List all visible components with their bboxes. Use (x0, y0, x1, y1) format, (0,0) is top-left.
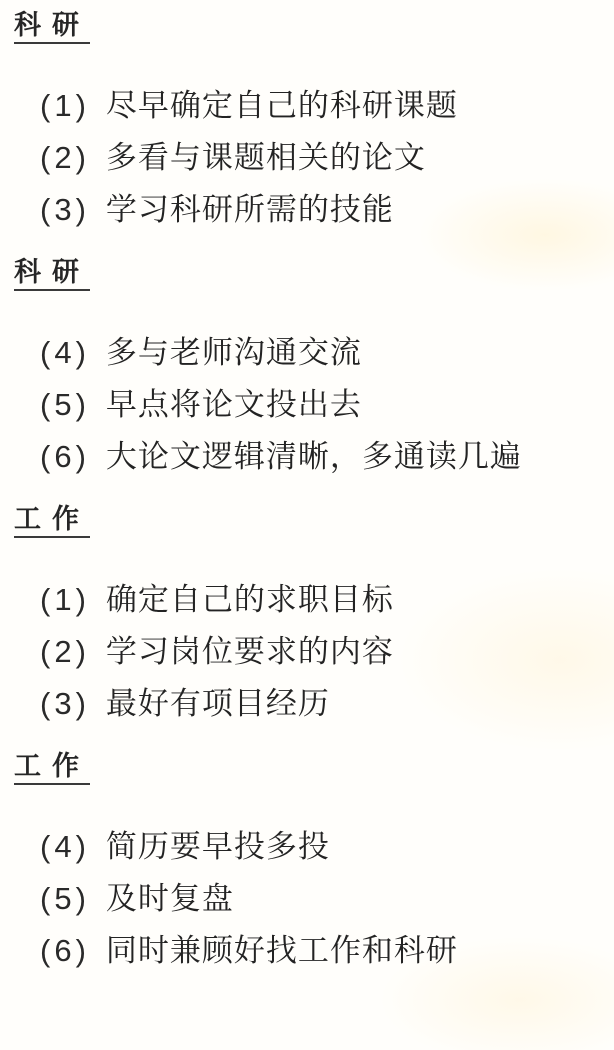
item-list: (4) 多与老师沟通交流 (5) 早点将论文投出去 (6) 大论文逻辑清晰，多通… (14, 337, 598, 472)
item-list: (4) 简历要早投多投 (5) 及时复盘 (6) 同时兼顾好找工作和科研 (14, 831, 598, 966)
item-text: 及时复盘 (106, 883, 234, 914)
list-item: (1) 确定自己的求职目标 (40, 584, 598, 615)
list-item: (3) 学习科研所需的技能 (40, 194, 598, 225)
item-list: (1) 尽早确定自己的科研课题 (2) 多看与课题相关的论文 (3) 学习科研所… (14, 90, 598, 225)
list-item: (4) 多与老师沟通交流 (40, 337, 598, 368)
section-work-2: 工作 (4) 简历要早投多投 (5) 及时复盘 (6) 同时兼顾好找工作和科研 (14, 749, 598, 966)
item-text: 早点将论文投出去 (106, 389, 362, 420)
section-heading: 科研 (14, 255, 90, 291)
item-number: (5) (40, 389, 90, 420)
section-heading: 工作 (14, 749, 90, 785)
item-text: 多看与课题相关的论文 (106, 142, 426, 173)
item-text: 最好有项目经历 (106, 688, 330, 719)
item-number: (5) (40, 883, 90, 914)
item-text: 尽早确定自己的科研课题 (106, 90, 458, 121)
list-item: (6) 大论文逻辑清晰，多通读几遍 (40, 441, 598, 472)
item-number: (2) (40, 636, 90, 667)
list-item: (5) 及时复盘 (40, 883, 598, 914)
list-item: (2) 学习岗位要求的内容 (40, 636, 598, 667)
list-item: (5) 早点将论文投出去 (40, 389, 598, 420)
list-item: (4) 简历要早投多投 (40, 831, 598, 862)
section-research-1: 科研 (1) 尽早确定自己的科研课题 (2) 多看与课题相关的论文 (3) 学习… (14, 8, 598, 225)
item-number: (6) (40, 935, 90, 966)
section-heading: 科研 (14, 8, 90, 44)
section-research-2: 科研 (4) 多与老师沟通交流 (5) 早点将论文投出去 (6) 大论文逻辑清晰… (14, 255, 598, 472)
item-text: 学习科研所需的技能 (106, 194, 394, 225)
list-item: (6) 同时兼顾好找工作和科研 (40, 935, 598, 966)
list-item: (3) 最好有项目经历 (40, 688, 598, 719)
item-list: (1) 确定自己的求职目标 (2) 学习岗位要求的内容 (3) 最好有项目经历 (14, 584, 598, 719)
section-work-1: 工作 (1) 确定自己的求职目标 (2) 学习岗位要求的内容 (3) 最好有项目… (14, 502, 598, 719)
item-number: (3) (40, 194, 90, 225)
item-text: 学习岗位要求的内容 (106, 636, 394, 667)
list-item: (2) 多看与课题相关的论文 (40, 142, 598, 173)
item-text: 多与老师沟通交流 (106, 337, 362, 368)
item-number: (2) (40, 142, 90, 173)
item-number: (1) (40, 584, 90, 615)
item-number: (1) (40, 90, 90, 121)
item-number: (6) (40, 441, 90, 472)
item-number: (3) (40, 688, 90, 719)
item-text: 同时兼顾好找工作和科研 (106, 935, 458, 966)
list-item: (1) 尽早确定自己的科研课题 (40, 90, 598, 121)
item-text: 简历要早投多投 (106, 831, 330, 862)
item-text: 大论文逻辑清晰，多通读几遍 (106, 441, 522, 472)
section-heading: 工作 (14, 502, 90, 538)
item-number: (4) (40, 831, 90, 862)
item-text: 确定自己的求职目标 (106, 584, 394, 615)
item-number: (4) (40, 337, 90, 368)
document-page: 科研 (1) 尽早确定自己的科研课题 (2) 多看与课题相关的论文 (3) 学习… (0, 0, 614, 966)
